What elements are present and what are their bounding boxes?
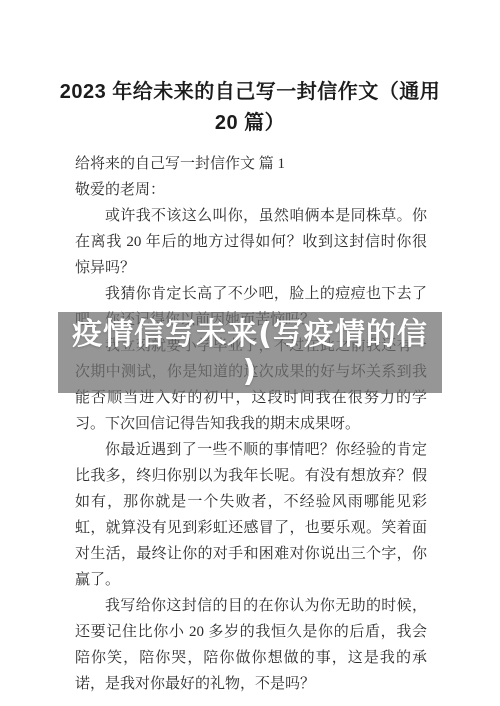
salutation: 敬爱的老周：: [75, 177, 427, 203]
body-paragraph: 我写给你这封信的目的在你认为你无助的时候，还要记住比你小 20 多岁的我恒久是你…: [75, 593, 427, 697]
document-page: 2023 年给未来的自己写一封信作文（通用 20 篇） 给将来的自己写一封信作文…: [0, 0, 500, 706]
section-heading: 给将来的自己写一封信作文 篇 1: [75, 151, 427, 177]
document-body: 给将来的自己写一封信作文 篇 1 敬爱的老周： 或许我不该这么叫你，虽然咱俩本是…: [75, 151, 427, 697]
body-paragraph: 你最近遇到了一些不顺的事情吧？你经验的肯定比我多，终归你别以为我年长呢。有没有想…: [75, 437, 427, 593]
document-title: 2023 年给未来的自己写一封信作文（通用 20 篇）: [50, 77, 450, 139]
body-paragraph: 我立刻就要小学毕业了，不过在此之前我还有一次期中测试，你是知道的这次成果的好与坏…: [75, 333, 427, 437]
document-title-line-2: 20 篇）: [50, 108, 450, 139]
body-paragraph: 或许我不该这么叫你，虽然咱俩本是同株草。你在离我 20 年后的地方过得如何？收到…: [75, 203, 427, 281]
document-title-line-1: 2023 年给未来的自己写一封信作文（通用: [50, 77, 450, 108]
body-paragraph: 我猜你肯定长高了不少吧，脸上的痘痘也下去了吧，你还记得你以前因她而苦恼吗？: [75, 281, 427, 333]
